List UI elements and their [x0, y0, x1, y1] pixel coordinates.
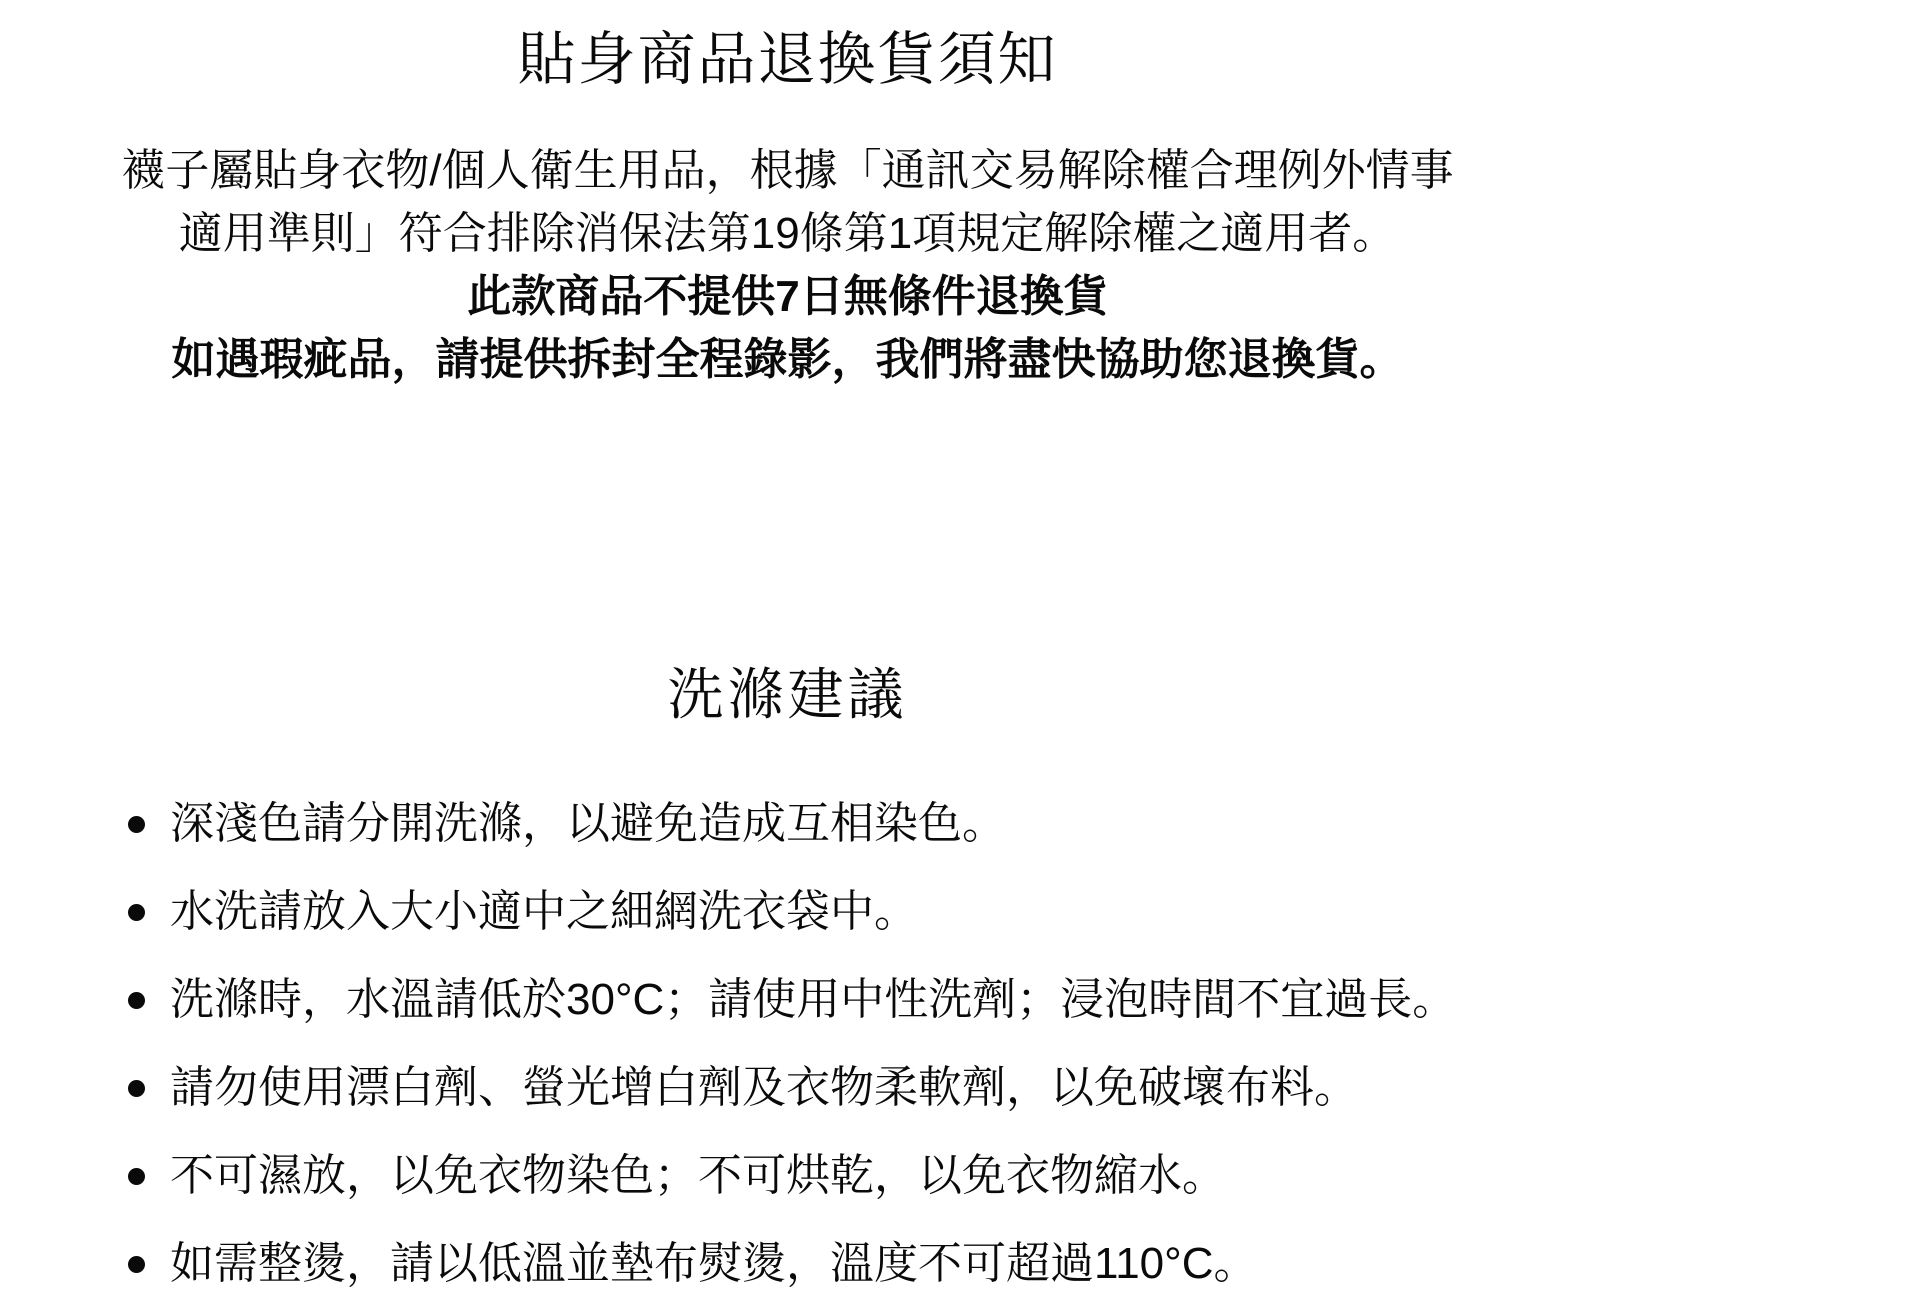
product-policy-page: 貼身商品退換貨須知 襪子屬貼身衣物/個人衛生用品，根據「通訊交易解除權合理例外情…	[0, 0, 1920, 1300]
list-item: 如需整燙，請以低溫並墊布熨燙，溫度不可超過110°C。	[128, 1233, 1575, 1295]
list-item-text: 不可濕放，以免衣物染色；不可烘乾，以免衣物縮水。	[170, 1151, 1226, 1200]
bullet-icon	[128, 816, 145, 833]
bullet-icon	[128, 992, 145, 1009]
list-item: 不可濕放，以免衣物染色；不可烘乾，以免衣物縮水。	[128, 1145, 1575, 1207]
notice-paragraph-line-2: 適用準則」符合排除消保法第19條第1項規定解除權之適用者。	[0, 202, 1575, 265]
washing-guide-title: 洗滌建議	[0, 653, 1575, 737]
notice-bold-line-2: 如遇瑕疵品，請提供拆封全程錄影，我們將盡快協助您退換貨。	[0, 328, 1575, 391]
washing-guide-list: 深淺色請分開洗滌，以避免造成互相染色。 水洗請放入大小適中之細網洗衣袋中。 洗滌…	[0, 793, 1575, 1295]
list-item-text: 如需整燙，請以低溫並墊布熨燙，溫度不可超過110°C。	[170, 1239, 1258, 1288]
notice-paragraph-line-1: 襪子屬貼身衣物/個人衛生用品，根據「通訊交易解除權合理例外情事	[0, 139, 1575, 202]
return-notice-paragraph: 襪子屬貼身衣物/個人衛生用品，根據「通訊交易解除權合理例外情事 適用準則」符合排…	[0, 139, 1575, 391]
list-item-text: 洗滌時，水溫請低於30°C；請使用中性洗劑；浸泡時間不宜過長。	[170, 975, 1456, 1024]
list-item-text: 深淺色請分開洗滌，以避免造成互相染色。	[170, 799, 1006, 848]
return-notice-title: 貼身商品退換貨須知	[0, 22, 1575, 97]
bullet-icon	[128, 1256, 145, 1273]
bullet-icon	[128, 904, 145, 921]
bullet-icon	[128, 1080, 145, 1097]
list-item: 深淺色請分開洗滌，以避免造成互相染色。	[128, 793, 1575, 855]
notice-bold-line-1: 此款商品不提供7日無條件退換貨	[0, 265, 1575, 328]
list-item: 洗滌時，水溫請低於30°C；請使用中性洗劑；浸泡時間不宜過長。	[128, 969, 1575, 1031]
content-column: 貼身商品退換貨須知 襪子屬貼身衣物/個人衛生用品，根據「通訊交易解除權合理例外情…	[0, 0, 1575, 1295]
list-item: 水洗請放入大小適中之細網洗衣袋中。	[128, 881, 1575, 943]
bullet-icon	[128, 1168, 145, 1185]
list-item-text: 請勿使用漂白劑、螢光增白劑及衣物柔軟劑，以免破壞布料。	[170, 1063, 1358, 1112]
list-item-text: 水洗請放入大小適中之細網洗衣袋中。	[170, 887, 918, 936]
list-item: 請勿使用漂白劑、螢光增白劑及衣物柔軟劑，以免破壞布料。	[128, 1057, 1575, 1119]
